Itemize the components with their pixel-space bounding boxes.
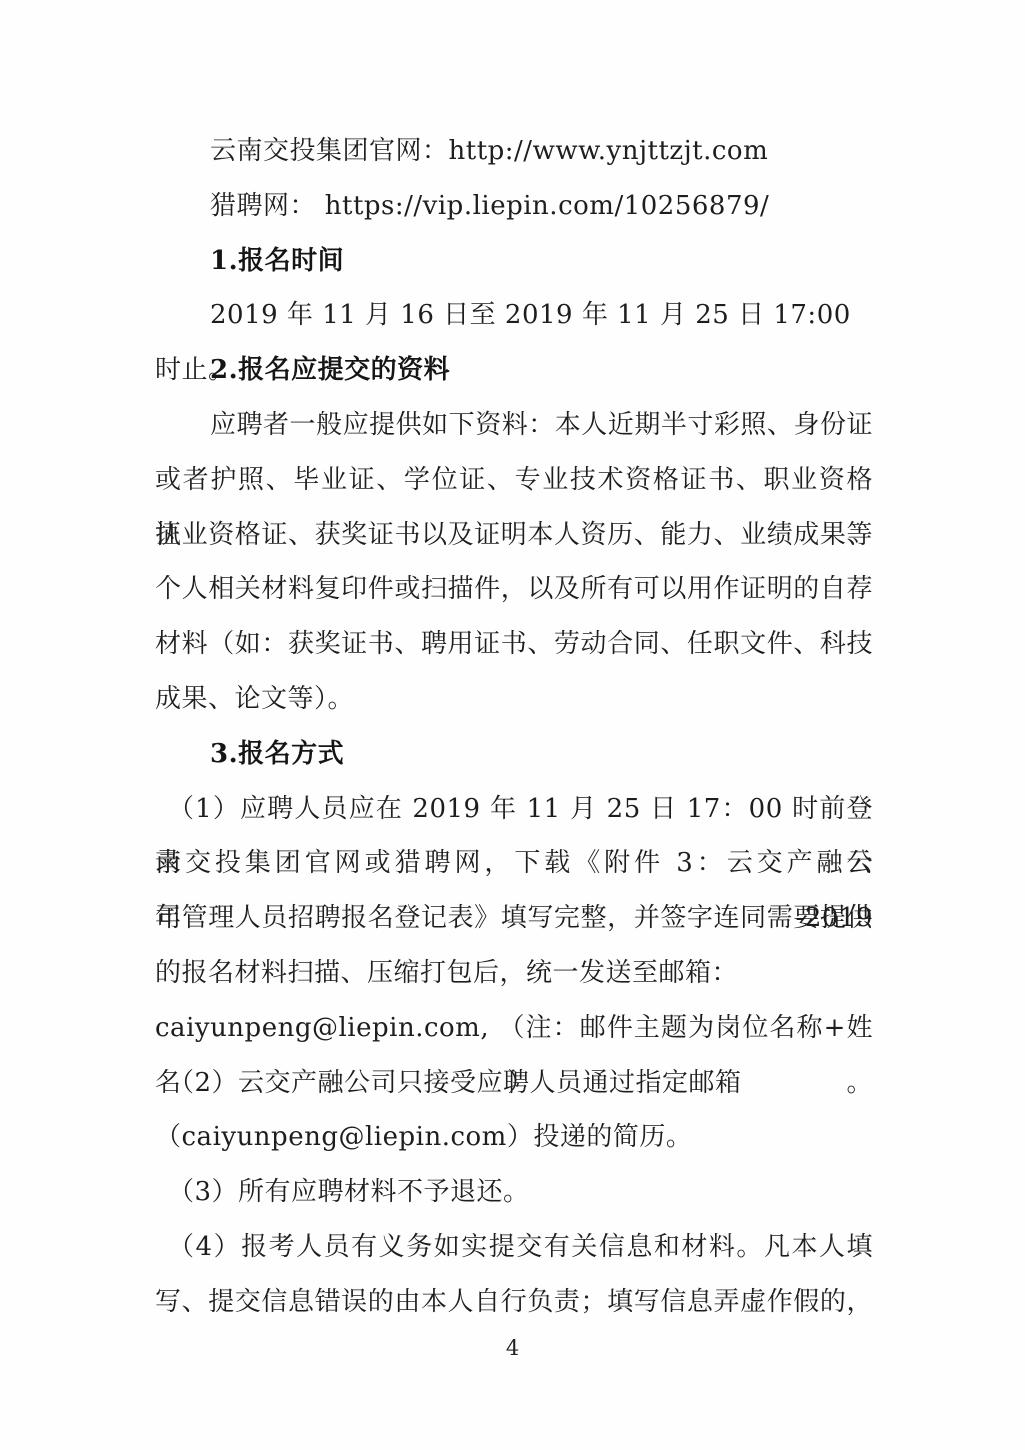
document-page: 云南交投集团官网：http://www.ynjttzjt.com猎聘网： htt… xyxy=(0,0,1025,1450)
text-line: 写、提交信息错误的由本人自行负责；填写信息弄虚作假的， xyxy=(155,1275,873,1330)
text-line: 猎聘网： https://vip.liepin.com/10256879/ xyxy=(155,179,873,234)
text-line: 或者护照、毕业证、学位证、专业技术资格证书、职业资格证、 xyxy=(155,453,873,508)
text-line: 应聘者一般应提供如下资料：本人近期半寸彩照、身份证 xyxy=(155,398,873,453)
text-line: caiyunpeng@liepin.com, （注：邮件主题为岗位名称+姓名）。 xyxy=(155,1001,873,1056)
text-line: 成果、论文等）。 xyxy=(155,672,873,727)
page-footer: 4 xyxy=(0,1336,1025,1360)
section-heading: 1.报名时间 xyxy=(155,234,873,289)
section-heading: 3.报名方式 xyxy=(155,727,873,782)
text-line: 材料（如：获奖证书、聘用证书、劳动合同、任职文件、科技 xyxy=(155,617,873,672)
text-line: 个人相关材料复印件或扫描件，以及所有可以用作证明的自荐 xyxy=(155,562,873,617)
text-line: （3）所有应聘材料不予退还。 xyxy=(155,1165,873,1220)
page-number: 4 xyxy=(506,1336,519,1360)
section-heading: 2.报名应提交的资料 xyxy=(155,343,873,398)
text-line: 2019 年 11 月 16 日至 2019 年 11 月 25 日 17:00… xyxy=(155,288,873,343)
text-line: 年管理人员招聘报名登记表》填写完整，并签字连同需要提供 xyxy=(155,891,873,946)
text-line: （4）报考人员有义务如实提交有关信息和材料。凡本人填 xyxy=(155,1220,873,1275)
text-line: 南交投集团官网或猎聘网，下载《附件 3：云交产融公司-2019 xyxy=(155,836,873,891)
document-body: 云南交投集团官网：http://www.ynjttzjt.com猎聘网： htt… xyxy=(155,124,873,1330)
text-line: 云南交投集团官网：http://www.ynjttzjt.com xyxy=(155,124,873,179)
text-line: （caiyunpeng@liepin.com）投递的简历。 xyxy=(155,1110,873,1165)
text-line: （1）应聘人员应在 2019 年 11 月 25 日 17：00 时前登录云 xyxy=(155,782,873,837)
text-line: 执业资格证、获奖证书以及证明本人资历、能力、业绩成果等 xyxy=(155,508,873,563)
text-line: 的报名材料扫描、压缩打包后，统一发送至邮箱： xyxy=(155,946,873,1001)
